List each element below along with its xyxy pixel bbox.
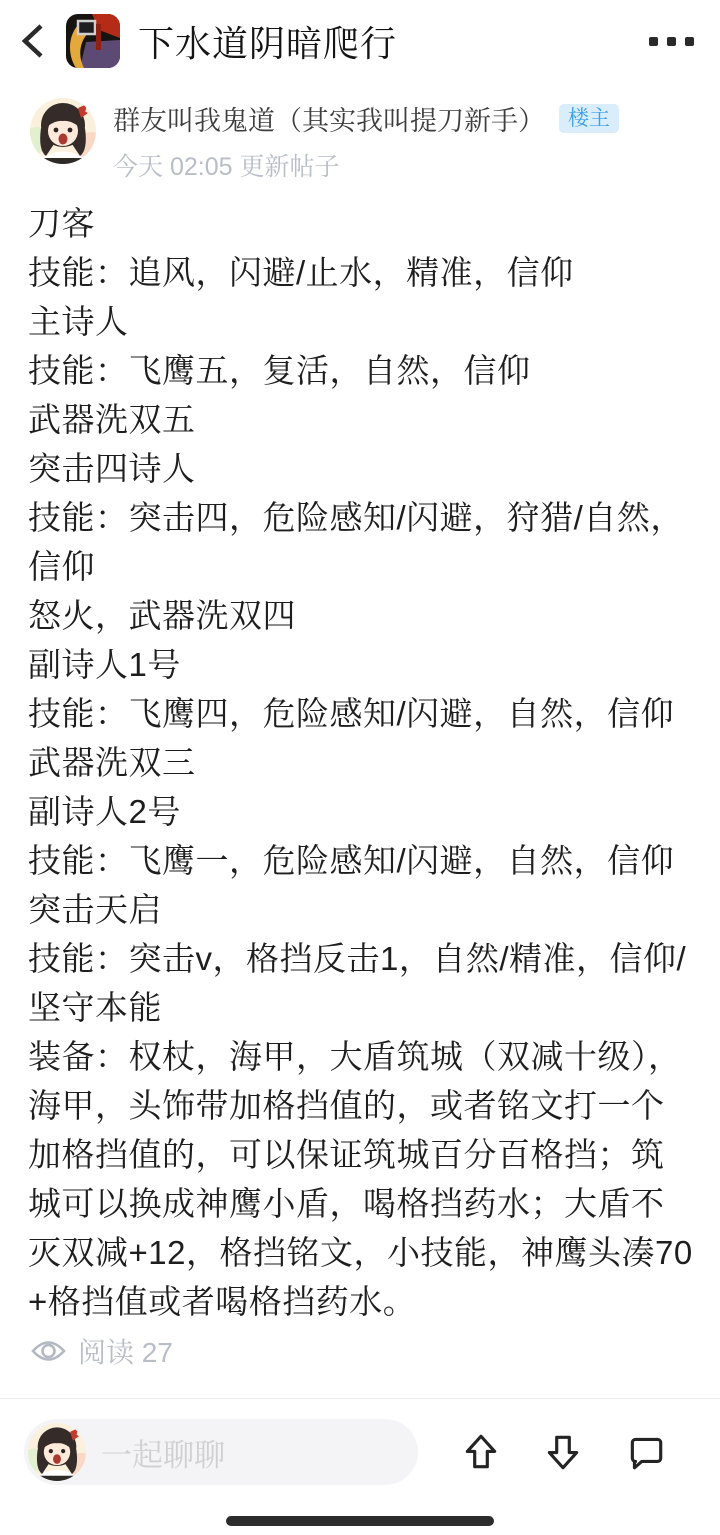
views-row: 阅读 27 [30, 1331, 173, 1371]
page-title: 下水道阴暗爬行 [138, 16, 397, 67]
home-indicator[interactable] [226, 1516, 494, 1526]
author-name-line: 群友叫我鬼道（其实我叫提刀新手） 楼主 [113, 99, 619, 138]
game-icon-art [66, 14, 120, 68]
post-paragraph: 武器洗双三 [28, 738, 694, 787]
post-paragraph: 副诗人2号 [28, 787, 694, 836]
author-avatar[interactable] [30, 98, 96, 164]
composer-avatar-art [28, 1423, 86, 1481]
comment-button[interactable] [620, 1426, 672, 1478]
more-menu-button[interactable] [649, 19, 694, 63]
downvote-button[interactable] [537, 1426, 589, 1478]
composer-avatar [28, 1423, 86, 1481]
post-paragraph: 主诗人 [28, 297, 694, 346]
post-paragraph: 怒火，武器洗双四 [28, 591, 694, 640]
post-paragraph: 技能：追风，闪避/止水，精准，信仰 [28, 248, 694, 297]
post-paragraph: 副诗人1号 [28, 640, 694, 689]
post-paragraph: 突击天启 [28, 885, 694, 934]
post-paragraph: 技能：飞鹰一，危险感知/闪避，自然，信仰 [28, 836, 694, 885]
action-buttons [418, 1419, 720, 1485]
comment-placeholder: 一起聊聊 [101, 1430, 225, 1475]
op-badge: 楼主 [559, 104, 619, 133]
comment-input[interactable]: 一起聊聊 [24, 1419, 418, 1485]
post-timestamp: 今天 02:05 更新帖子 [113, 147, 619, 183]
arrow-up-icon [460, 1431, 502, 1473]
author-meta: 群友叫我鬼道（其实我叫提刀新手） 楼主 今天 02:05 更新帖子 [113, 98, 619, 183]
post-paragraph: 技能：突击v，格挡反击1，自然/精准，信仰/坚守本能 [28, 934, 694, 1032]
author-row: 群友叫我鬼道（其实我叫提刀新手） 楼主 今天 02:05 更新帖子 [30, 98, 690, 183]
post-body: 刀客技能：追风，闪避/止水，精准，信仰主诗人技能：飞鹰五，复活，自然，信仰武器洗… [28, 199, 694, 1326]
views-text: 阅读 27 [78, 1331, 173, 1371]
post-paragraph: 技能：飞鹰四，危险感知/闪避，自然，信仰 [28, 689, 694, 738]
game-icon[interactable] [66, 14, 120, 68]
post-paragraph: 技能：飞鹰五，复活，自然，信仰 [28, 346, 694, 395]
eye-icon [30, 1337, 67, 1365]
post-paragraph: 刀客 [28, 199, 694, 248]
arrow-down-icon [542, 1431, 584, 1473]
author-name[interactable]: 群友叫我鬼道（其实我叫提刀新手） [113, 99, 545, 138]
post-paragraph: 装备：权杖，海甲，大盾筑城（双减十级），海甲，头饰带加格挡值的，或者铭文打一个加… [28, 1032, 694, 1326]
upvote-button[interactable] [455, 1426, 507, 1478]
more-icon [649, 37, 658, 46]
post-detail-screen: 下水道阴暗爬行 [0, 0, 720, 1535]
top-bar: 下水道阴暗爬行 [0, 0, 720, 82]
back-button[interactable] [8, 13, 56, 69]
bottom-bar: 一起聊聊 [0, 1398, 720, 1535]
post-paragraph: 武器洗双五 [28, 395, 694, 444]
post-paragraph: 技能：突击四，危险感知/闪避，狩猎/自然，信仰 [28, 493, 694, 591]
speech-bubble-icon [625, 1431, 667, 1473]
avatar-art [30, 98, 96, 164]
post-paragraph: 突击四诗人 [28, 444, 694, 493]
chevron-left-icon [17, 21, 47, 61]
